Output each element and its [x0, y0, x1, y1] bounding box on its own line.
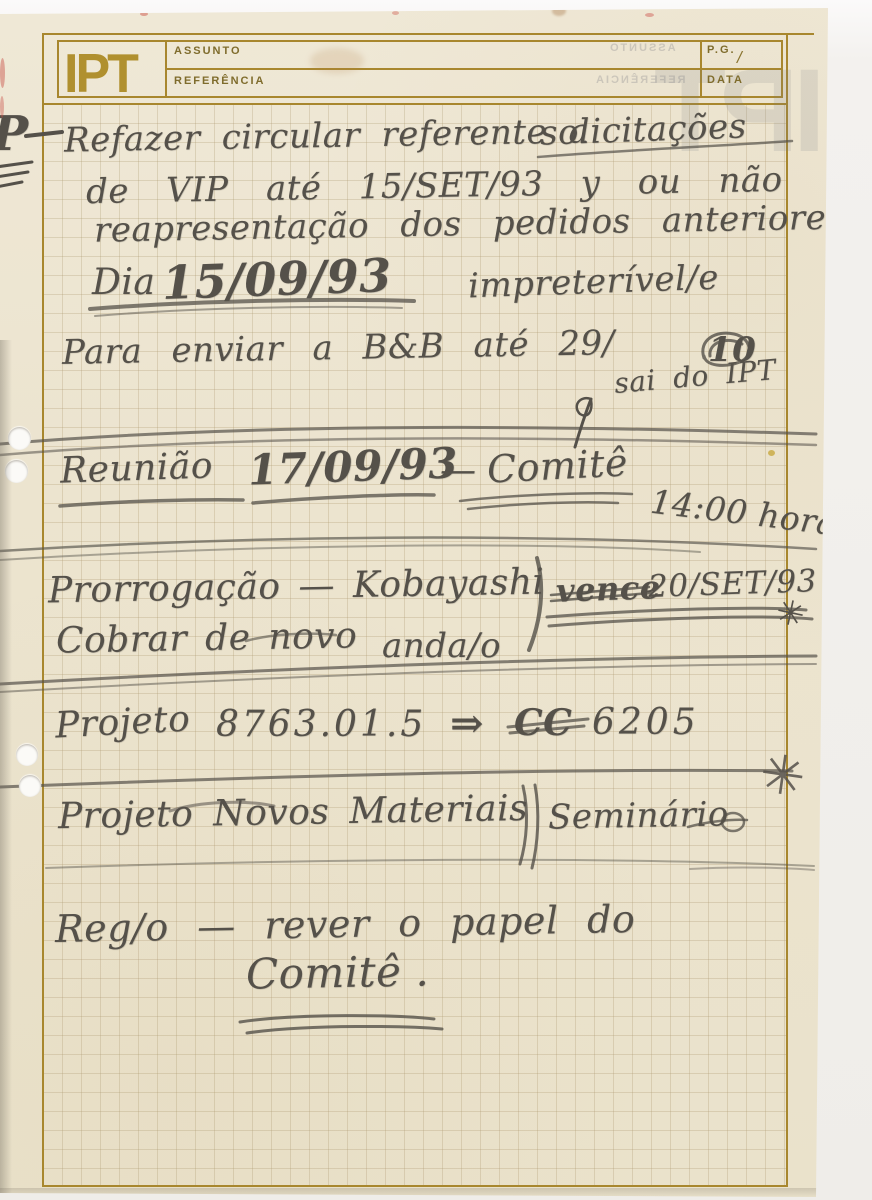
scanned-note-page: IPT ASSUNTO REFERÊNCIA IPT ASSUNTO REFER… [0, 0, 872, 1200]
divider-line-a [0, 427, 816, 455]
divider-line-e [46, 860, 814, 870]
divider-line-c [0, 656, 816, 692]
underline-solicitacoes [538, 141, 792, 157]
strike-cc [508, 719, 588, 733]
underline-vence-date [547, 608, 812, 626]
punch-hole-4 [19, 775, 41, 797]
edge-speck-2 [392, 11, 399, 15]
divider-line-d [0, 770, 792, 787]
margin-emphasis-lines [0, 132, 62, 187]
edge-speck-1 [140, 12, 148, 16]
pencil-strokes-overlay [0, 0, 872, 1200]
stain-gold-fleck [768, 450, 775, 456]
punch-hole-3 [16, 744, 38, 766]
paper-sheet: IPT ASSUNTO REFERÊNCIA IPT ASSUNTO REFER… [0, 0, 872, 1200]
paper-left-edge-shadow [0, 340, 12, 1200]
kobayashi-separator-bar [529, 558, 541, 650]
scribble-novos [170, 802, 274, 811]
stain-top-smudge [310, 48, 364, 74]
edge-red-mark-2 [0, 96, 4, 118]
scribble-novo [246, 634, 336, 641]
seminario-end-circle [688, 813, 747, 831]
seminario-separator-bars [520, 785, 538, 868]
strike-vence [551, 587, 651, 601]
underline-comite2 [240, 1016, 442, 1033]
underline-dia-date [90, 300, 414, 316]
edge-speck-3 [645, 13, 654, 17]
underline-reuniao [60, 495, 434, 506]
paper-bottom-edge-shadow [0, 1188, 820, 1198]
stain-top-spot [552, 6, 566, 16]
divider-line-b [0, 538, 816, 560]
edge-red-mark-1 [0, 58, 5, 88]
scribble-over-10 [703, 333, 749, 365]
underline-comite [460, 493, 632, 509]
